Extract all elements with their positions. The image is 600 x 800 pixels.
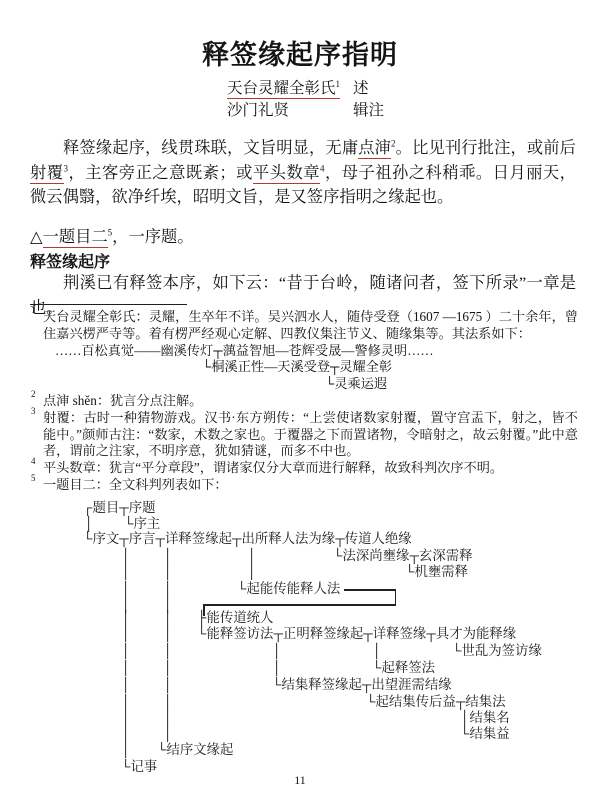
tree-segment: │ — [121, 742, 131, 758]
tree-segment: │ — [121, 581, 131, 597]
tree-segment: │ — [121, 726, 131, 742]
tree-segment: │ — [84, 516, 94, 532]
tree-segment: │ — [121, 710, 131, 726]
section-heading: 释签缘起序 — [30, 249, 110, 272]
tree-segment: │ — [121, 597, 131, 613]
tree-segment: └序文┬序言┬详释签缘起┬出所释人法为缘┬传道人绝缘 — [83, 531, 412, 547]
tree-segment: ┌题目┬序题 — [83, 500, 156, 516]
red-underlined-term: 射覆 — [30, 163, 64, 184]
tree-segment: └起释签法 — [372, 660, 435, 676]
tree-segment: │ — [121, 677, 131, 693]
tree-segment: │ — [163, 610, 173, 626]
tree-segment: └法深尚壅缘┬玄深需释 — [333, 548, 473, 564]
author-line-1: 天台灵耀全彰氏1 述 — [0, 76, 600, 96]
text-run: ，一序题。 — [112, 227, 193, 246]
section-marker-line: △一题目二5，一序题。 — [30, 225, 576, 250]
footnote-item: 1天台灵耀全彰氏：灵耀，生卒年不详。吴兴泗水人，随侍受登（1607 —1675 … — [30, 309, 578, 393]
tree-segment: │ — [163, 677, 173, 693]
lineage-chart-line: └桐溪正性—天溪受登┬灵耀全彰 — [202, 359, 578, 376]
tree-segment: │ — [163, 694, 173, 710]
tree-segment: │ — [163, 548, 173, 564]
footnote-text: 点渖 shěn：犹言分点注解。 — [43, 393, 202, 408]
tree-segment: │ — [163, 710, 173, 726]
red-underlined-term: 一题目二 — [43, 227, 108, 248]
tree-segment: │ — [163, 626, 173, 642]
red-underlined-term: 点渖 — [358, 138, 391, 159]
tree-connector-line — [395, 589, 397, 605]
lineage-chart-line: └灵乘运遐 — [325, 376, 578, 393]
tree-segment: │ — [163, 726, 173, 742]
tree-connector-line — [203, 604, 396, 606]
tree-segment: │ — [163, 660, 173, 676]
tree-segment: │ — [163, 564, 173, 580]
tree-segment: │ — [163, 581, 173, 597]
footnote-item: 2点渖 shěn：犹言分点注解。 — [30, 393, 578, 410]
author-role: 述 — [353, 76, 369, 98]
tree-segment: │ — [121, 626, 131, 642]
tree-segment: │ — [121, 610, 131, 626]
page-title: 释签缘起序指明 — [0, 33, 600, 72]
footnote-text: 射覆：古时一种猜物游戏。汉书·东方朔传：“上尝使诸数家射覆，置守宫盂下，射之，皆… — [43, 410, 578, 459]
tree-segment: │ — [372, 643, 382, 659]
tree-segment: │ — [163, 643, 173, 659]
footnote-text: 平头数章：犹言“平分章段”，谓诸家仅分大章而进行解释，故致科判次序不明。 — [43, 460, 503, 475]
footnote-text: 天台灵耀全彰氏：灵耀，生卒年不详。吴兴泗水人，随侍受登（1607 —1675 ）… — [43, 309, 578, 341]
text-run: 释签缘起序，线贯珠联，文旨明显，无庸 — [63, 138, 358, 157]
tree-connector-line — [344, 589, 396, 591]
tree-segment: └能释签访法┬正明释签缘起┬详释签缘┬具才为能释缘 — [197, 626, 516, 642]
tree-segment: └序主 — [124, 516, 160, 532]
tree-segment: ├能传道统人 — [197, 610, 273, 626]
footnotes-section: 1天台灵耀全彰氏：灵耀，生卒年不详。吴兴泗水人，随侍受登（1607 —1675 … — [30, 309, 578, 494]
annotator-role: 辑注 — [353, 98, 384, 120]
author-name: 天台灵耀全彰氏1 — [227, 76, 340, 98]
tree-segment: │ — [272, 660, 282, 676]
text-run: ，主客旁正之意既紊；或 — [68, 163, 253, 182]
tree-segment: │ — [247, 548, 257, 564]
footnote-item: 5一题目二：全文科判列表如下： — [30, 477, 578, 494]
author-line-2: 沙门礼贤 辑注 — [0, 98, 600, 118]
tree-segment: └世乱为签访缘 — [452, 643, 542, 659]
tree-segment: │ — [247, 564, 257, 580]
tree-connector-line — [203, 604, 205, 616]
footnote-ref-1: 1 — [336, 79, 341, 89]
tree-segment: │ — [121, 660, 131, 676]
tree-segment: │ — [121, 548, 131, 564]
red-underlined-term: 平头数章 — [253, 163, 320, 184]
page-number: 11 — [0, 773, 600, 788]
footnote-item: 4平头数章：犹言“平分章段”，谓诸家仅分大章而进行解释，故致科判次序不明。 — [30, 460, 578, 477]
text-run: △ — [30, 227, 43, 246]
footnote-separator — [30, 304, 187, 305]
footnote-text: 一题目二：全文科判列表如下： — [43, 477, 228, 492]
tree-segment: │ — [121, 694, 131, 710]
tree-segment: │ — [163, 597, 173, 613]
tree-segment: │ — [121, 643, 131, 659]
tree-segment: │ — [272, 643, 282, 659]
tree-segment: └机壅需释 — [405, 564, 468, 580]
annotator-name: 沙门礼贤 — [227, 98, 289, 120]
tree-segment: │ — [121, 564, 131, 580]
tree-segment: └起能传能释人法 — [237, 581, 340, 597]
lineage-chart-line: ……百松真觉——幽溪传灯┬蕅益智旭—苍辉受晟—警修灵明…… — [55, 343, 578, 360]
tree-segment: │结集名 — [460, 710, 510, 726]
tree-segment: └结序文缘起 — [157, 742, 233, 758]
document-page: 释签缘起序指明 天台灵耀全彰氏1 述 沙门礼贤 辑注 释签缘起序，线贯珠联，文旨… — [0, 0, 600, 800]
main-paragraph: 释签缘起序，线贯珠联，文旨明显，无庸点渖2。比见刊行批注，或前后射覆3，主客旁正… — [30, 136, 576, 210]
tree-segment: └结集益 — [460, 726, 510, 742]
footnote-item: 3射覆：古时一种猜物游戏。汉书·东方朔传：“上尝使诸数家射覆，置守宫盂下，射之，… — [30, 410, 578, 460]
tree-segment: └结集释签缘起┬出望涯需结缘 — [272, 677, 452, 693]
text-run: 。比见刊行批注，或前后 — [396, 138, 576, 157]
tree-segment: └起结集传后益┬结集法 — [366, 694, 506, 710]
